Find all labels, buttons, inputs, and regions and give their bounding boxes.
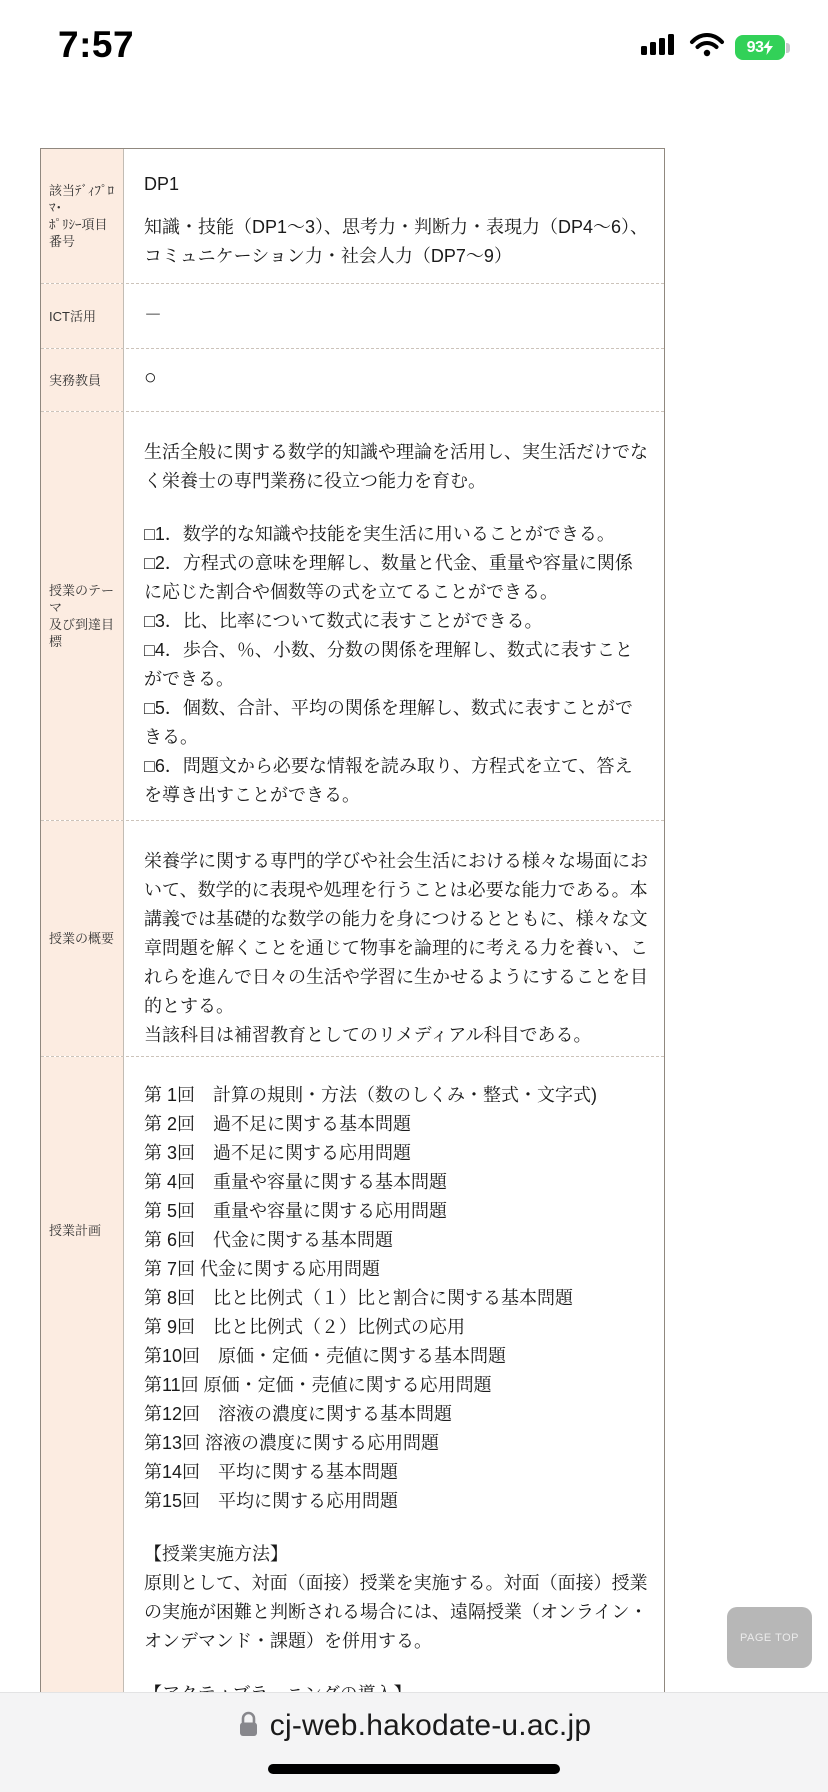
- status-bar: 7:57 93: [0, 0, 828, 90]
- schedule-line: 第13回 溶液の濃度に関する応用問題: [144, 1429, 650, 1458]
- table-row-overview: 授業の概要 栄養学に関する専門的学びや社会生活における様々な場面において、数学的…: [41, 821, 664, 1057]
- battery-cap: [786, 43, 790, 53]
- battery-charging-icon: 93: [735, 35, 790, 60]
- safari-mobile-screen: 7:57 93: [0, 0, 828, 1792]
- row-content: 栄養学に関する専門的学びや社会生活における様々な場面において、数学的に表現や処理…: [124, 821, 664, 1056]
- wifi-icon: [689, 32, 725, 63]
- row-label: 授業計画: [41, 1057, 124, 1719]
- dp-number: DP1: [144, 170, 650, 199]
- table-row-ict: ICT活用 －: [41, 284, 664, 349]
- syllabus-table: 該当ﾃﾞｨﾌﾟﾛﾏ･ ﾎﾟﾘｼｰ項目番号 DP1 知識・技能（DP1～3）、思考…: [40, 148, 665, 1792]
- lock-icon: [237, 1710, 260, 1743]
- schedule-list: 第 1回 計算の規則・方法（数のしくみ・整式・文字式)第 2回 過不足に関する基…: [144, 1081, 650, 1516]
- bottom-url-bar: cj-web.hakodate-u.ac.jp: [0, 1692, 828, 1792]
- lightning-bolt-icon: [763, 40, 773, 55]
- battery-pill: 93: [735, 35, 785, 60]
- row-label: 該当ﾃﾞｨﾌﾟﾛﾏ･ ﾎﾟﾘｼｰ項目番号: [41, 149, 124, 283]
- schedule-line: 第15回 平均に関する応用問題: [144, 1487, 650, 1516]
- address-field[interactable]: cj-web.hakodate-u.ac.jp: [0, 1709, 828, 1743]
- clock-label: 7:57: [58, 24, 134, 66]
- schedule-line: 第 2回 過不足に関する基本問題: [144, 1110, 650, 1139]
- cellular-signal-icon: [639, 32, 679, 63]
- schedule-line: 第 3回 過不足に関する応用問題: [144, 1139, 650, 1168]
- schedule-line: 第11回 原価・定価・売値に関する応用問題: [144, 1371, 650, 1400]
- table-row-theme-goals: 授業のテーマ 及び到達目標 生活全般に関する数学的知識や理論を活用し、実生活だけ…: [41, 412, 664, 821]
- overview-remedial-note: 当該科目は補習教育としてのリメディアル科目である。: [144, 1021, 650, 1050]
- home-indicator[interactable]: [268, 1764, 560, 1774]
- row-content: －: [124, 284, 664, 348]
- schedule-line: 第 9回 比と比例式（２）比例式の応用: [144, 1313, 650, 1342]
- row-label: ICT活用: [41, 284, 124, 348]
- schedule-line: 第10回 原価・定価・売値に関する基本問題: [144, 1342, 650, 1371]
- practical-teacher-value: ○: [144, 363, 650, 392]
- table-row-diploma-policy: 該当ﾃﾞｨﾌﾟﾛﾏ･ ﾎﾟﾘｼｰ項目番号 DP1 知識・技能（DP1～3）、思考…: [41, 149, 664, 284]
- row-content: 第 1回 計算の規則・方法（数のしくみ・整式・文字式)第 2回 過不足に関する基…: [124, 1057, 664, 1719]
- ict-value: －: [144, 301, 650, 330]
- goal-checklist: □1．数学的な知識や技能を実生活に用いることができる。 □2．方程式の意味を理解…: [144, 520, 650, 810]
- method-body: 原則として、対面（面接）授業を実施する。対面（面接）授業の実施が困難と判断される…: [144, 1569, 650, 1656]
- schedule-line: 第12回 溶液の濃度に関する基本問題: [144, 1400, 650, 1429]
- schedule-line: 第 6回 代金に関する基本問題: [144, 1226, 650, 1255]
- row-label: 授業のテーマ 及び到達目標: [41, 412, 124, 820]
- schedule-line: 第 5回 重量や容量に関する応用問題: [144, 1197, 650, 1226]
- status-icons: 93: [639, 32, 790, 63]
- dp-description: 知識・技能（DP1～3）、思考力・判断力・表現力（DP4～6）、コミュニケーショ…: [144, 213, 650, 271]
- row-content: DP1 知識・技能（DP1～3）、思考力・判断力・表現力（DP4～6）、コミュニ…: [124, 149, 664, 283]
- method-title: 【授業実施方法】: [144, 1540, 650, 1569]
- schedule-line: 第 8回 比と比例式（１）比と割合に関する基本問題: [144, 1284, 650, 1313]
- schedule-line: 第14回 平均に関する基本問題: [144, 1458, 650, 1487]
- schedule-line: 第 4回 重量や容量に関する基本問題: [144, 1168, 650, 1197]
- row-label: 実務教員: [41, 349, 124, 411]
- battery-percent-label: 93: [747, 39, 764, 57]
- row-content: 生活全般に関する数学的知識や理論を活用し、実生活だけでなく栄養士の専門業務に役立…: [124, 412, 664, 820]
- overview-text: 栄養学に関する専門的学びや社会生活における様々な場面において、数学的に表現や処理…: [144, 847, 650, 1021]
- row-label: 授業の概要: [41, 821, 124, 1056]
- table-row-schedule: 授業計画 第 1回 計算の規則・方法（数のしくみ・整式・文字式)第 2回 過不足…: [41, 1057, 664, 1719]
- page-top-button[interactable]: PAGE TOP: [727, 1607, 812, 1668]
- schedule-line: 第 7回 代金に関する応用問題: [144, 1255, 650, 1284]
- schedule-line: 第 1回 計算の規則・方法（数のしくみ・整式・文字式): [144, 1081, 650, 1110]
- row-content: ○: [124, 349, 664, 411]
- url-domain-label: cj-web.hakodate-u.ac.jp: [270, 1709, 591, 1743]
- theme-intro: 生活全般に関する数学的知識や理論を活用し、実生活だけでなく栄養士の専門業務に役立…: [144, 438, 650, 496]
- table-row-practical-teacher: 実務教員 ○: [41, 349, 664, 412]
